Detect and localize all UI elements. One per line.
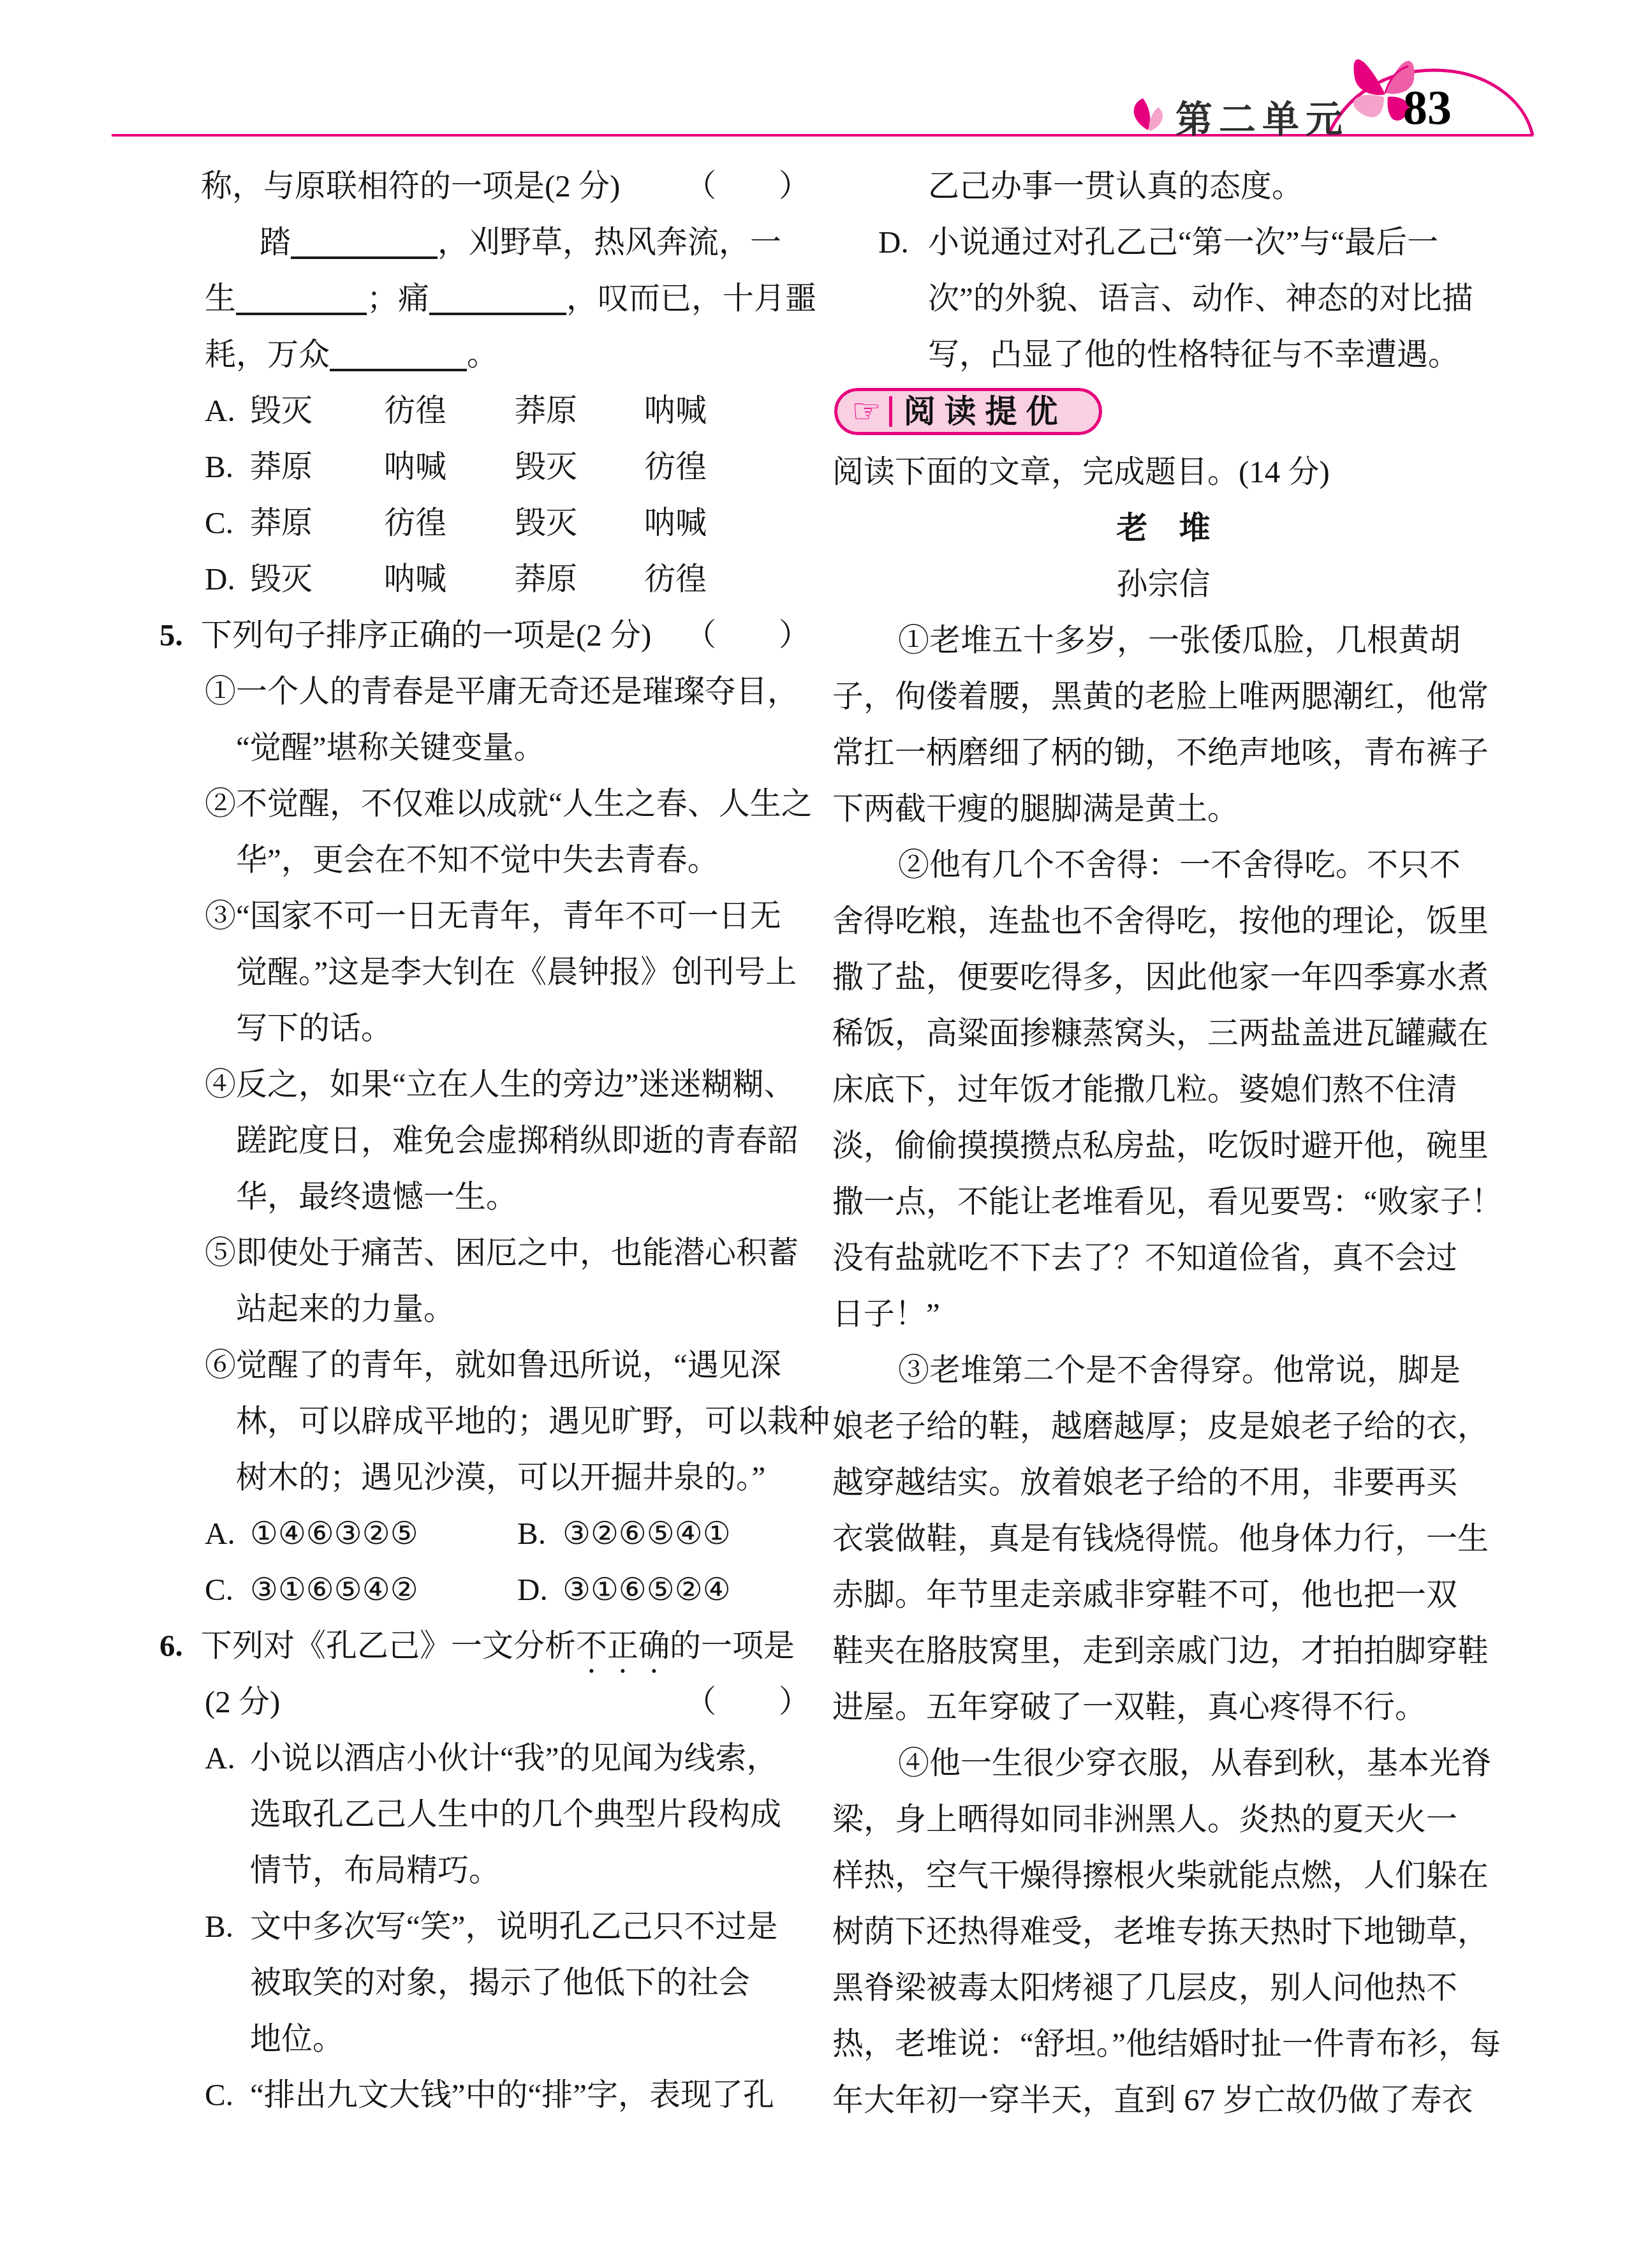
text-segment: ①④⑥③②⑤ xyxy=(250,1506,517,1562)
text-segment: 莽原 xyxy=(250,495,384,551)
text-line: 华”，更会在不知不觉中失去青春。 xyxy=(159,832,810,888)
text-segment: 被取笑的对象，揭示了他低下的社会 xyxy=(250,1965,750,2000)
text-line: 孙宗信 xyxy=(832,556,1494,612)
text-line: 撒一点，不能让老堆看见，看见要骂：“败家子！ xyxy=(832,1174,1494,1230)
text-line: 淡，偷偷摸摸攒点私房盐，吃饭时避开他，碗里 xyxy=(832,1118,1494,1174)
text-segment: 床底下，过年饭才能撒几粒。婆媳们熬不住清 xyxy=(832,1072,1457,1107)
text-segment: 黑脊梁被毒太阳烤褪了几层皮，别人问他热不 xyxy=(832,1970,1457,2005)
item-marker: 6. xyxy=(159,1618,183,1674)
text-segment: 蹉跎度日，难免会虚掷稍纵即逝的青春韶 xyxy=(236,1123,799,1158)
text-line: 蹉跎度日，难免会虚掷稍纵即逝的青春韶 xyxy=(159,1113,810,1169)
left-column: 称，与原联相符的一项是(2 分)（ ）踏，刈野草，热风奔流，一生；痛，叹而已，十… xyxy=(159,158,810,2123)
item-marker: 5. xyxy=(159,607,183,663)
item-marker: A. xyxy=(205,383,235,439)
text-segment: ④反之，如果“立在人生的旁边”迷迷糊糊、 xyxy=(205,1067,795,1102)
text-segment: 样热，空气干燥得擦根火柴就能点燃，人们躲在 xyxy=(832,1858,1489,1893)
text-segment: D. xyxy=(517,1562,563,1618)
text-segment: “排出九文大钱”中的“排”字，表现了孔 xyxy=(250,2077,774,2112)
text-line: 林，可以辟成平地的；遇见旷野，可以栽种 xyxy=(159,1393,810,1449)
text-line: ③老堆第二个是不舍得穿。他常说，脚是 xyxy=(832,1342,1494,1398)
text-segment: ③“国家不可一日无青年，青年不可一日无 xyxy=(205,898,781,933)
text-segment: 称，与原联相符的一项是(2 分) xyxy=(201,168,620,204)
text-line: ②不觉醒，不仅难以成就“人生之春、人生之 xyxy=(159,776,810,832)
text-segment: 小说以酒店小伙计“我”的见闻为线索， xyxy=(250,1740,778,1775)
text-segment: 选取孔乙己人生中的几个典型片段构成 xyxy=(250,1797,781,1832)
text-segment: ⑥觉醒了的青年，就如鲁迅所说，“遇见深 xyxy=(205,1347,781,1382)
text-line: 黑脊梁被毒太阳烤褪了几层皮，别人问他热不 xyxy=(832,1960,1494,2016)
text-segment: 的一项是 xyxy=(670,1628,795,1663)
text-segment: 次”的外貌、语言、动作、神态的对比描 xyxy=(928,281,1473,316)
text-line: 床底下，过年饭才能撒几粒。婆媳们熬不住清 xyxy=(832,1062,1494,1118)
text-segment: 孙宗信 xyxy=(1116,567,1210,602)
text-segment: 。 xyxy=(467,337,498,372)
text-line: C.③①⑥⑤④②D.③①⑥⑤②④ xyxy=(159,1562,810,1618)
text-line: 地位。 xyxy=(159,2011,810,2067)
leaf-icon xyxy=(1134,98,1163,131)
text-segment: 觉醒。”这是李大钊在《晨钟报》创刊号上 xyxy=(236,954,797,989)
reading-section-badge: ☞阅读提优 xyxy=(834,388,1102,435)
text-line: 鞋夹在胳肢窝里，走到亲戚门边，才拍拍脚穿鞋 xyxy=(832,1623,1494,1679)
text-line: 次”的外貌、语言、动作、神态的对比描 xyxy=(832,271,1494,327)
answer-blank xyxy=(330,332,467,371)
text-line: A.小说以酒店小伙计“我”的见闻为线索， xyxy=(159,1730,810,1786)
text-line: “觉醒”堪称关键变量。 xyxy=(159,720,810,776)
right-column: 乙己办事一贯认真的态度。D.小说通过对孔乙己“第一次”与“最后一次”的外貌、语言… xyxy=(832,158,1494,2128)
header-decoration xyxy=(0,0,1627,179)
emphasized-text: 不正确 xyxy=(576,1628,670,1663)
text-segment: 呐喊 xyxy=(384,439,515,495)
pointing-hand-icon: ☞ xyxy=(851,395,881,428)
text-segment: 情节，布局精巧。 xyxy=(250,1853,500,1888)
answer-blank xyxy=(236,276,367,315)
text-line: 华，最终遗憾一生。 xyxy=(159,1169,810,1225)
text-line: 阅读下面的文章，完成题目。(14 分) xyxy=(832,444,1494,500)
text-line: 站起来的力量。 xyxy=(159,1281,810,1337)
text-segment: 毁灭 xyxy=(515,495,644,551)
text-line: ②他有几个不舍得：一不舍得吃。不只不 xyxy=(832,837,1494,893)
text-line: ④反之，如果“立在人生的旁边”迷迷糊糊、 xyxy=(159,1056,810,1113)
text-segment: ①一个人的青春是平庸无奇还是璀璨夺目， xyxy=(205,674,799,709)
text-segment: 日子！” xyxy=(832,1296,940,1331)
text-line: 选取孔乙己人生中的几个典型片段构成 xyxy=(159,1786,810,1842)
text-segment: ，叹而已，十月噩 xyxy=(566,281,816,316)
text-segment: 娘老子给的鞋，越磨越厚；皮是娘老子给的衣， xyxy=(832,1409,1489,1444)
item-marker: A. xyxy=(205,1730,235,1786)
text-line: 热，老堆说：“舒坦。”他结婚时扯一件青布衫，每 xyxy=(832,2016,1494,2072)
item-marker: A. xyxy=(205,1506,235,1562)
text-line: 撒了盐，便要吃得多，因此他家一年四季寡水煮 xyxy=(832,949,1494,1005)
text-line: 树荫下还热得难受，老堆专拣天热时下地锄草， xyxy=(832,1904,1494,1960)
text-segment: ④他一生很少穿衣服，从春到秋，基本光脊 xyxy=(898,1745,1492,1781)
text-line: 梁，身上晒得如同非洲黑人。炎热的夏天火一 xyxy=(832,1791,1494,1848)
text-line: 踏，刈野草，热风奔流，一 xyxy=(159,214,810,271)
text-line: ③“国家不可一日无青年，青年不可一日无 xyxy=(159,888,810,944)
text-line: 越穿越结实。放着娘老子给的不用，非要再买 xyxy=(832,1455,1494,1511)
answer-bracket: （ ） xyxy=(685,158,810,214)
text-segment: 乙己办事一贯认真的态度。 xyxy=(928,168,1303,204)
answer-bracket: （ ） xyxy=(685,1674,810,1730)
text-line: (2 分)（ ） xyxy=(159,1674,810,1730)
text-line: 衣裳做鞋，真是有钱烧得慌。他身体力行，一生 xyxy=(832,1511,1494,1567)
text-segment: 生 xyxy=(205,281,236,316)
text-line: D.毁灭呐喊莽原彷徨 xyxy=(159,551,810,607)
text-segment: 鞋夹在胳肢窝里，走到亲戚门边，才拍拍脚穿鞋 xyxy=(832,1633,1489,1668)
text-segment: 呐喊 xyxy=(644,505,707,540)
text-segment: 下两截干瘦的腿脚满是黄土。 xyxy=(832,791,1239,826)
badge-label: 阅读提优 xyxy=(904,396,1067,427)
text-segment: ③②⑥⑤④① xyxy=(563,1516,731,1551)
text-line: 没有盐就吃不下去了？不知道俭省，真不会过 xyxy=(832,1230,1494,1286)
text-segment: 呐喊 xyxy=(644,393,707,428)
text-line: 生；痛，叹而已，十月噩 xyxy=(159,271,810,327)
text-segment: B. xyxy=(517,1506,563,1562)
text-segment: 衣裳做鞋，真是有钱烧得慌。他身体力行，一生 xyxy=(832,1521,1489,1556)
text-segment: 写，凸显了他的性格特征与不幸遭遇。 xyxy=(928,337,1459,372)
text-segment: 文中多次写“笑”，说明孔乙己只不过是 xyxy=(250,1909,778,1944)
text-line: D.小说通过对孔乙己“第一次”与“最后一 xyxy=(832,214,1494,271)
text-segment: 年大年初一穿半天，直到 67 岁亡故仍做了寿衣 xyxy=(832,2082,1473,2117)
text-segment: 树木的；遇见沙漠，可以开掘井泉的。” xyxy=(236,1460,765,1495)
text-line: 日子！” xyxy=(832,1286,1494,1342)
text-line: A.毁灭彷徨莽原呐喊 xyxy=(159,383,810,439)
text-segment: ；痛 xyxy=(367,281,429,316)
text-segment: ②他有几个不舍得：一不舍得吃。不只不 xyxy=(898,847,1461,882)
text-line: 写下的话。 xyxy=(159,1000,810,1056)
text-segment: 莽原 xyxy=(250,439,384,495)
text-segment: 阅读下面的文章，完成题目。(14 分) xyxy=(832,454,1330,489)
text-segment: 彷徨 xyxy=(644,561,707,597)
text-line: 稀饭，高粱面掺糠蒸窝头，三两盐盖进瓦罐藏在 xyxy=(832,1005,1494,1062)
text-line: 年大年初一穿半天，直到 67 岁亡故仍做了寿衣 xyxy=(832,2072,1494,2128)
answer-bracket: （ ） xyxy=(685,607,810,663)
text-line: 下两截干瘦的腿脚满是黄土。 xyxy=(832,781,1494,837)
text-segment: 热，老堆说：“舒坦。”他结婚时扯一件青布衫，每 xyxy=(832,2026,1501,2061)
text-line: 娘老子给的鞋，越磨越厚；皮是娘老子给的衣， xyxy=(832,1398,1494,1455)
text-line: 耗，万众。 xyxy=(159,327,810,383)
unit-label: 第二单元 xyxy=(1175,89,1349,143)
text-segment: “觉醒”堪称关键变量。 xyxy=(236,730,545,765)
text-line: 被取笑的对象，揭示了他低下的社会 xyxy=(159,1955,810,2011)
text-line: B.文中多次写“笑”，说明孔乙己只不过是 xyxy=(159,1899,810,1955)
text-line: 情节，布局精巧。 xyxy=(159,1842,810,1899)
text-segment: 彷徨 xyxy=(384,383,515,439)
item-marker: D. xyxy=(878,214,909,271)
text-segment: 华，最终遗憾一生。 xyxy=(236,1179,517,1214)
text-segment: 莽原 xyxy=(515,551,644,607)
text-line: 写，凸显了他的性格特征与不幸遭遇。 xyxy=(832,327,1494,383)
text-line: B.莽原呐喊毁灭彷徨 xyxy=(159,439,810,495)
text-segment: 赤脚。年节里走亲戚非穿鞋不可，他也把一双 xyxy=(832,1577,1457,1612)
item-marker: B. xyxy=(205,439,233,495)
text-segment: 写下的话。 xyxy=(236,1011,392,1046)
text-segment: 毁灭 xyxy=(250,383,384,439)
text-segment: 彷徨 xyxy=(384,495,515,551)
text-line: 赤脚。年节里走亲戚非穿鞋不可，他也把一双 xyxy=(832,1567,1494,1623)
text-segment: 毁灭 xyxy=(250,551,384,607)
text-line: 老 堆 xyxy=(832,500,1494,556)
text-line: C.“排出九文大钱”中的“排”字，表现了孔 xyxy=(159,2067,810,2123)
text-segment: 踏 xyxy=(260,225,291,260)
item-marker: B. xyxy=(205,1899,233,1955)
text-segment: 越穿越结实。放着娘老子给的不用，非要再买 xyxy=(832,1465,1457,1500)
badge-separator xyxy=(889,396,892,427)
text-line: ⑥觉醒了的青年，就如鲁迅所说，“遇见深 xyxy=(159,1337,810,1393)
item-marker: C. xyxy=(205,1562,233,1618)
answer-blank xyxy=(429,276,566,315)
text-segment: ③①⑥⑤②④ xyxy=(563,1572,731,1607)
text-line: ①老堆五十多岁，一张倭瓜脸，几根黄胡 xyxy=(832,612,1494,669)
text-segment: 下列句子排序正确的一项是(2 分) xyxy=(201,618,651,653)
text-segment: ，刈野草，热风奔流，一 xyxy=(438,225,781,260)
text-segment: 下列对《孔乙己》一文分析 xyxy=(201,1628,576,1663)
text-segment: 地位。 xyxy=(250,2021,344,2056)
text-segment: 呐喊 xyxy=(384,551,515,607)
text-line: 5.下列句子排序正确的一项是(2 分)（ ） xyxy=(159,607,810,663)
section-badge-line: ☞阅读提优 xyxy=(832,388,1494,444)
text-line: 子，佝偻着腰，黑黄的老脸上唯两腮潮红，他常 xyxy=(832,669,1494,725)
text-segment: 小说通过对孔乙己“第一次”与“最后一 xyxy=(928,225,1438,260)
text-segment: 常扛一柄磨细了柄的锄，不绝声地咳，青布裤子 xyxy=(832,735,1489,770)
text-segment: 子，佝偻着腰，黑黄的老脸上唯两腮潮红，他常 xyxy=(832,679,1489,714)
page-number: 83 xyxy=(1403,80,1452,136)
text-segment: ①老堆五十多岁，一张倭瓜脸，几根黄胡 xyxy=(898,623,1461,658)
text-segment: 林，可以辟成平地的；遇见旷野，可以栽种 xyxy=(236,1404,830,1439)
text-segment: 梁，身上晒得如同非洲黑人。炎热的夏天火一 xyxy=(832,1802,1457,1837)
text-segment: 稀饭，高粱面掺糠蒸窝头，三两盐盖进瓦罐藏在 xyxy=(832,1016,1489,1051)
text-segment: 撒一点，不能让老堆看见，看见要骂：“败家子！ xyxy=(832,1184,1503,1219)
text-segment: ⑤即使处于痛苦、困厄之中，也能潜心积蓄 xyxy=(205,1235,799,1270)
text-line: 觉醒。”这是李大钊在《晨钟报》创刊号上 xyxy=(159,944,810,1000)
item-marker: C. xyxy=(205,2067,233,2123)
text-segment: ③①⑥⑤④② xyxy=(250,1562,517,1618)
text-segment: (2 分) xyxy=(205,1684,280,1719)
text-segment: 耗，万众 xyxy=(205,337,330,372)
text-segment: 舍得吃粮，连盐也不舍得吃，按他的理论，饭里 xyxy=(832,903,1489,938)
text-line: 常扛一柄磨细了柄的锄，不绝声地咳，青布裤子 xyxy=(832,725,1494,781)
text-line: 乙己办事一贯认真的态度。 xyxy=(832,158,1494,214)
text-segment: ②不觉醒，不仅难以成就“人生之春、人生之 xyxy=(205,786,813,821)
item-marker: C. xyxy=(205,495,233,551)
text-segment: 树荫下还热得难受，老堆专拣天热时下地锄草， xyxy=(832,1914,1489,1949)
text-line: 舍得吃粮，连盐也不舍得吃，按他的理论，饭里 xyxy=(832,893,1494,949)
item-marker: D. xyxy=(205,551,235,607)
text-line: C.莽原彷徨毁灭呐喊 xyxy=(159,495,810,551)
text-segment: 华”，更会在不知不觉中失去青春。 xyxy=(236,842,719,877)
text-line: ①一个人的青春是平庸无奇还是璀璨夺目， xyxy=(159,663,810,720)
text-line: 进屋。五年穿破了一双鞋，真心疼得不行。 xyxy=(832,1679,1494,1735)
answer-blank xyxy=(291,219,438,259)
text-line: 6.下列对《孔乙己》一文分析不正确的一项是 xyxy=(159,1618,810,1674)
text-line: 树木的；遇见沙漠，可以开掘井泉的。” xyxy=(159,1449,810,1506)
text-line: ⑤即使处于痛苦、困厄之中，也能潜心积蓄 xyxy=(159,1225,810,1281)
text-segment: 毁灭 xyxy=(515,439,644,495)
text-line: A.①④⑥③②⑤B.③②⑥⑤④① xyxy=(159,1506,810,1562)
text-segment: 淡，偷偷摸摸攒点私房盐，吃饭时避开他，碗里 xyxy=(832,1128,1489,1163)
worksheet-page: 第二单元 83 称，与原联相符的一项是(2 分)（ ）踏，刈野草，热风奔流，一生… xyxy=(0,0,1627,2268)
text-segment: 进屋。五年穿破了一双鞋，真心疼得不行。 xyxy=(832,1689,1426,1724)
text-segment: 撒了盐，便要吃得多，因此他家一年四季寡水煮 xyxy=(832,960,1489,995)
text-segment: 莽原 xyxy=(515,383,644,439)
text-segment: 彷徨 xyxy=(644,449,707,484)
text-line: ④他一生很少穿衣服，从春到秋，基本光脊 xyxy=(832,1735,1494,1791)
text-line: 称，与原联相符的一项是(2 分)（ ） xyxy=(159,158,810,214)
text-segment: ③老堆第二个是不舍得穿。他常说，脚是 xyxy=(898,1353,1461,1388)
text-line: 样热，空气干燥得擦根火柴就能点燃，人们躲在 xyxy=(832,1848,1494,1904)
text-segment: 站起来的力量。 xyxy=(236,1291,455,1326)
text-segment: 没有盐就吃不下去了？不知道俭省，真不会过 xyxy=(832,1240,1457,1275)
text-segment: 老 堆 xyxy=(1116,510,1210,545)
